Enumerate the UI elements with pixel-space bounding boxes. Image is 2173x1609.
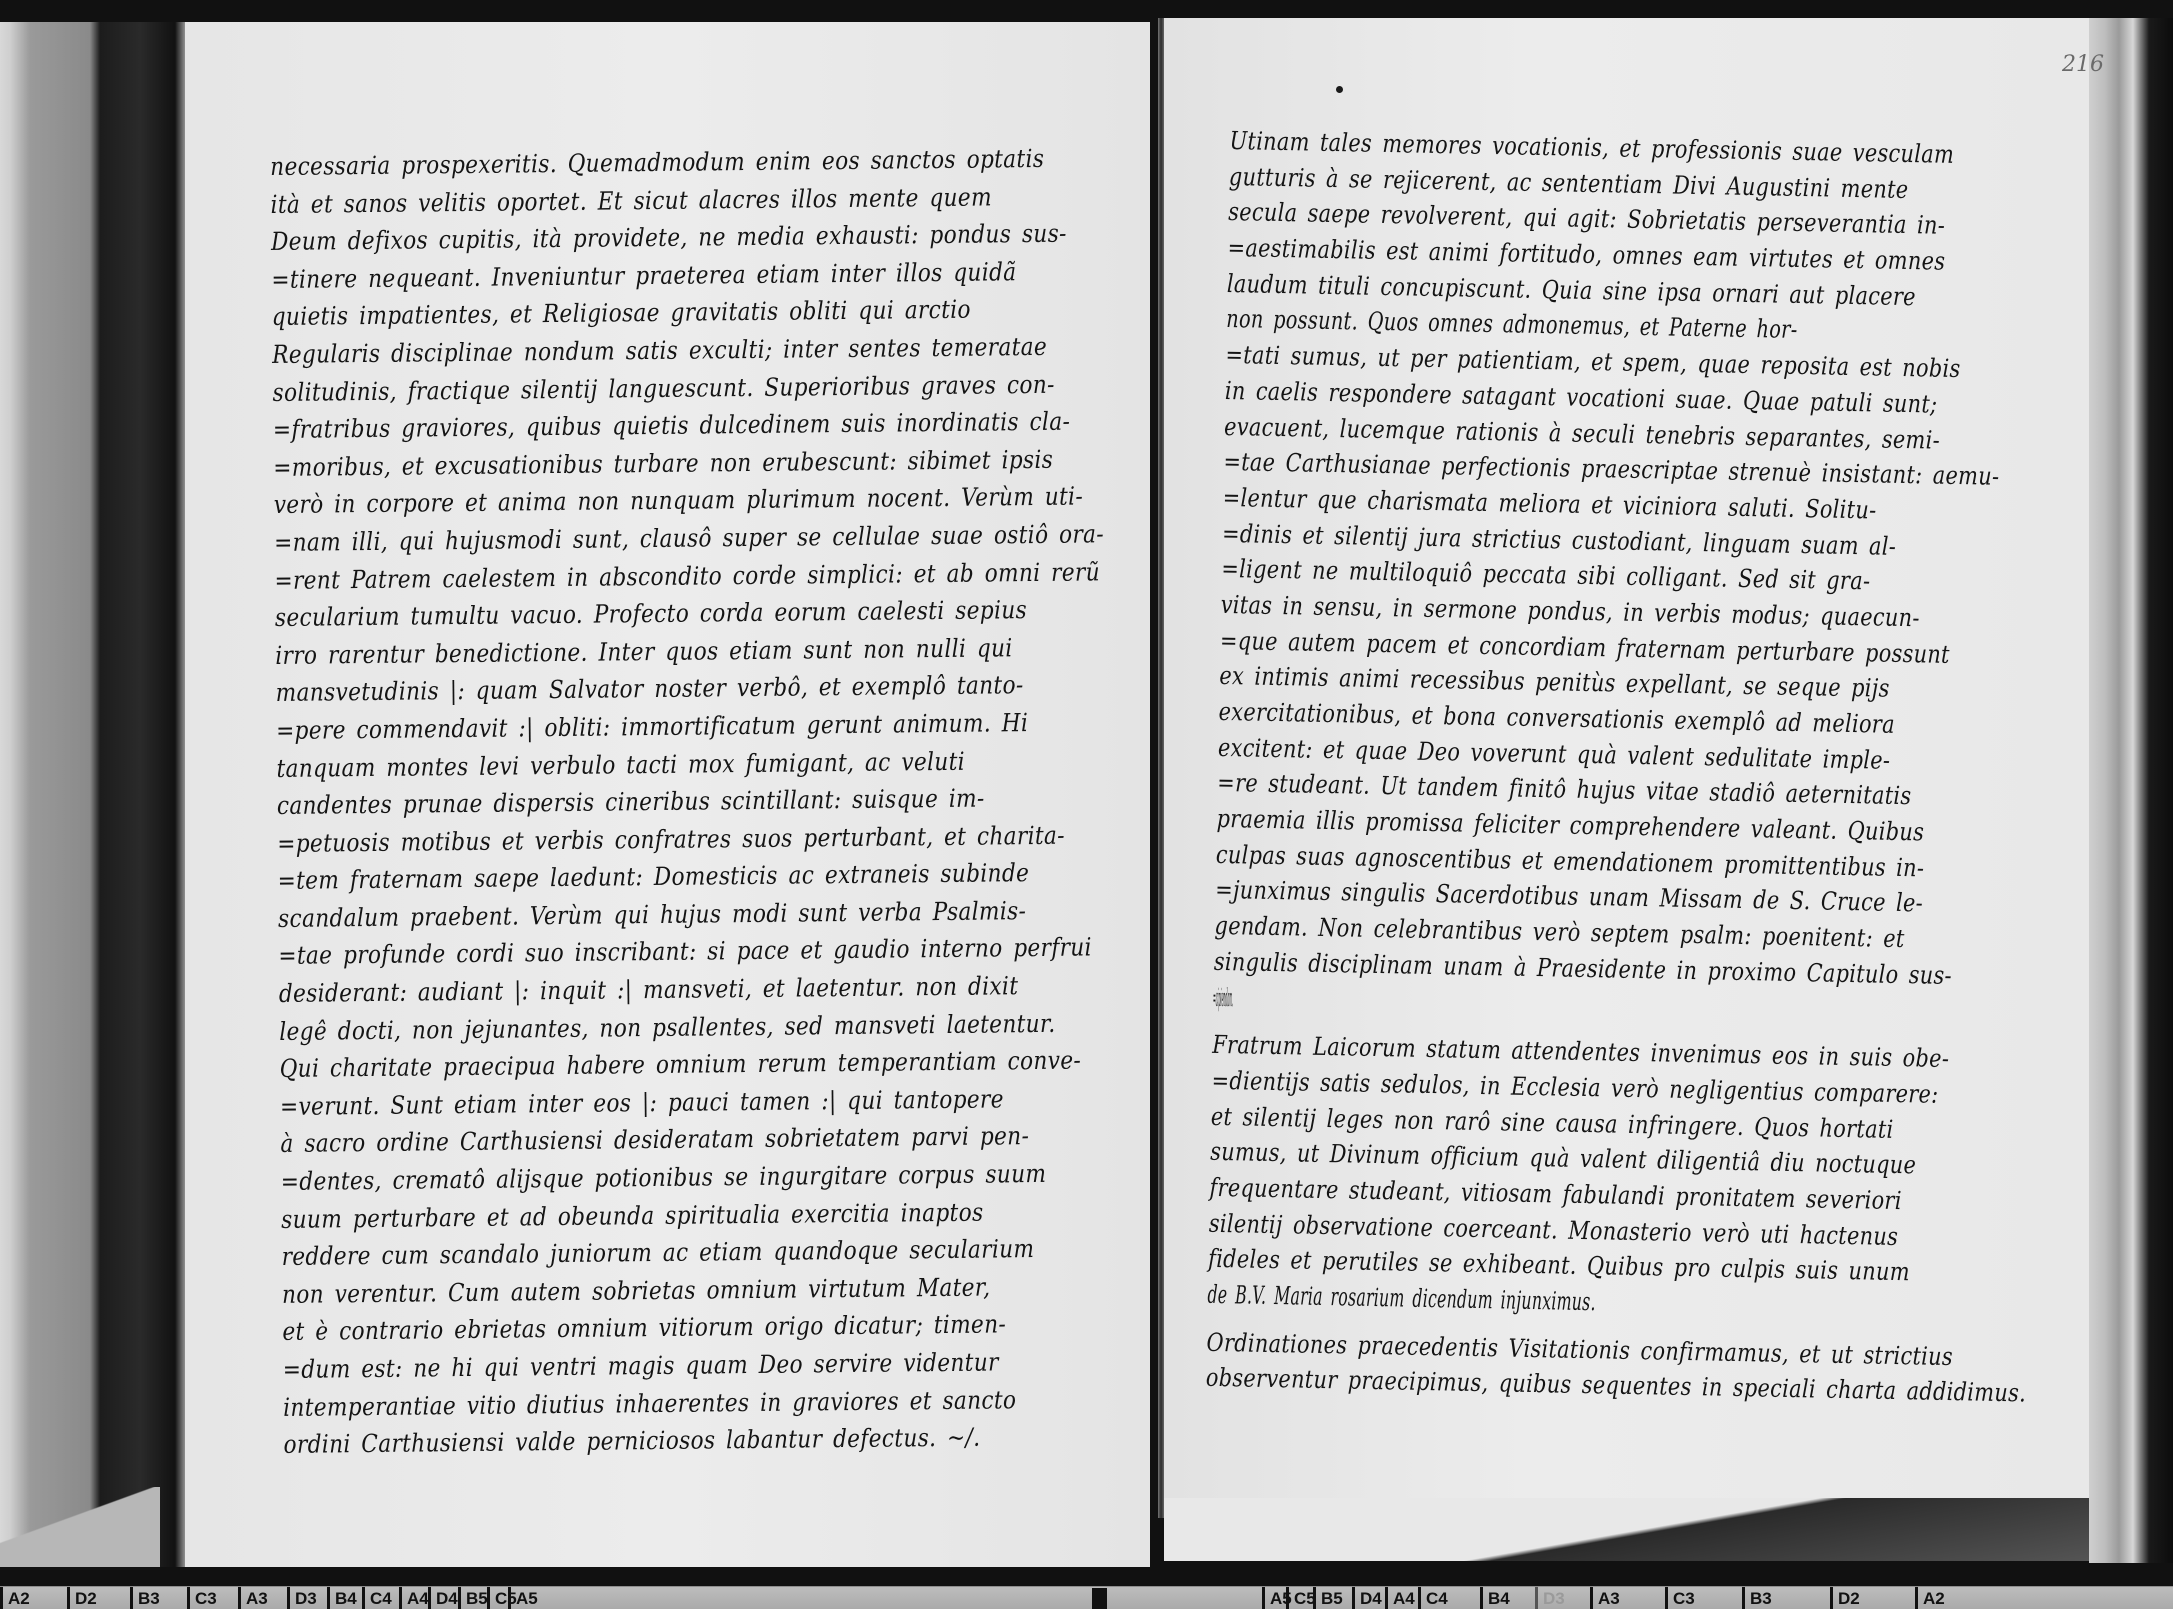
ruler-label: B3 bbox=[1742, 1587, 1772, 1609]
ruler-label: A5 bbox=[508, 1587, 538, 1609]
right-page-text: Utinam tales memores vocationis, et prof… bbox=[1206, 123, 2173, 1415]
ruler-label: B3 bbox=[130, 1587, 160, 1609]
ruler-label: B5 bbox=[1313, 1587, 1343, 1609]
ruler-label: A3 bbox=[238, 1587, 268, 1609]
right-page-text-line: =cipiendam. bbox=[1213, 979, 1334, 1017]
microfilm-scan: 216 necessaria prospexeritis. Quemadmodu… bbox=[0, 0, 2173, 1609]
folio-number: 216 bbox=[2062, 52, 2104, 77]
left-page-text: necessaria prospexeritis. Quemadmodum en… bbox=[270, 138, 1243, 1464]
ruler-label: D2 bbox=[1830, 1587, 1860, 1609]
ruler-label: D3 bbox=[1535, 1587, 1565, 1609]
calibration-ruler: A2D2B3C3A3D3B4C4A4D4B5C5A5A5C5B5D4A4C4B4… bbox=[0, 1586, 2173, 1609]
ruler-label: B4 bbox=[1480, 1587, 1510, 1609]
ruler-label: C4 bbox=[1418, 1587, 1448, 1609]
ruler-label: A3 bbox=[1590, 1587, 1620, 1609]
ruler-label: D4 bbox=[428, 1587, 458, 1609]
ruler-label: C3 bbox=[187, 1587, 217, 1609]
left-page-stack-edge bbox=[0, 22, 190, 1567]
ink-dot-mark bbox=[1336, 86, 1343, 93]
ruler-label: D4 bbox=[1352, 1587, 1382, 1609]
ruler-label: B4 bbox=[327, 1587, 357, 1609]
page-fold-shadow bbox=[0, 1487, 160, 1567]
ruler-label: C5 bbox=[1286, 1587, 1316, 1609]
ruler-label: C3 bbox=[1665, 1587, 1695, 1609]
ruler-label: A4 bbox=[399, 1587, 429, 1609]
ruler-marker-block bbox=[1092, 1588, 1107, 1609]
ruler-label: D2 bbox=[67, 1587, 97, 1609]
ruler-label: A2 bbox=[1915, 1587, 1945, 1609]
ruler-label: C4 bbox=[362, 1587, 392, 1609]
ruler-label: D3 bbox=[287, 1587, 317, 1609]
right-page-bottom-shadow bbox=[1164, 1498, 2173, 1561]
ruler-label: A4 bbox=[1385, 1587, 1415, 1609]
ruler-label: B5 bbox=[458, 1587, 488, 1609]
ruler-label: A2 bbox=[0, 1587, 30, 1609]
